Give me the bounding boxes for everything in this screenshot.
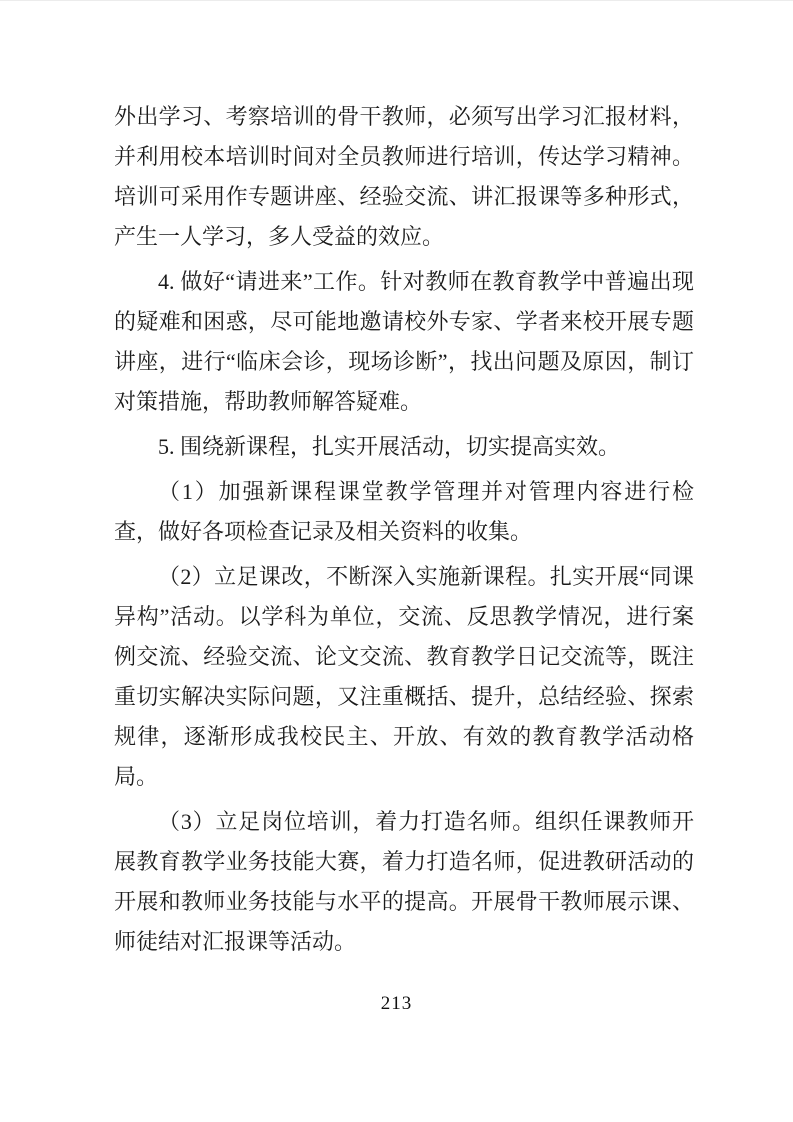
paragraph: 5. 围绕新课程，扎实开展活动，切实提高实效。 <box>114 427 694 467</box>
paragraph: （1）加强新课程课堂教学管理并对管理内容进行检查，做好各项检查记录及相关资料的收… <box>114 472 694 552</box>
page-footer: 213 <box>0 992 793 1016</box>
page-number: 213 <box>381 993 413 1014</box>
paragraph: （2）立足课改，不断深入实施新课程。扎实开展“同课异构”活动。以学科为单位，交流… <box>114 557 694 797</box>
paragraph: 外出学习、考察培训的骨干教师，必须写出学习汇报材料，并利用校本培训时间对全员教师… <box>114 97 694 257</box>
paragraph: 4. 做好“请进来”工作。针对教师在教育教学中普遍出现的疑难和困惑，尽可能地邀请… <box>114 262 694 422</box>
document-text-block: 外出学习、考察培训的骨干教师，必须写出学习汇报材料，并利用校本培训时间对全员教师… <box>114 97 694 967</box>
paragraph: （3）立足岗位培训，着力打造名师。组织任课教师开展教育教学业务技能大赛，着力打造… <box>114 802 694 962</box>
